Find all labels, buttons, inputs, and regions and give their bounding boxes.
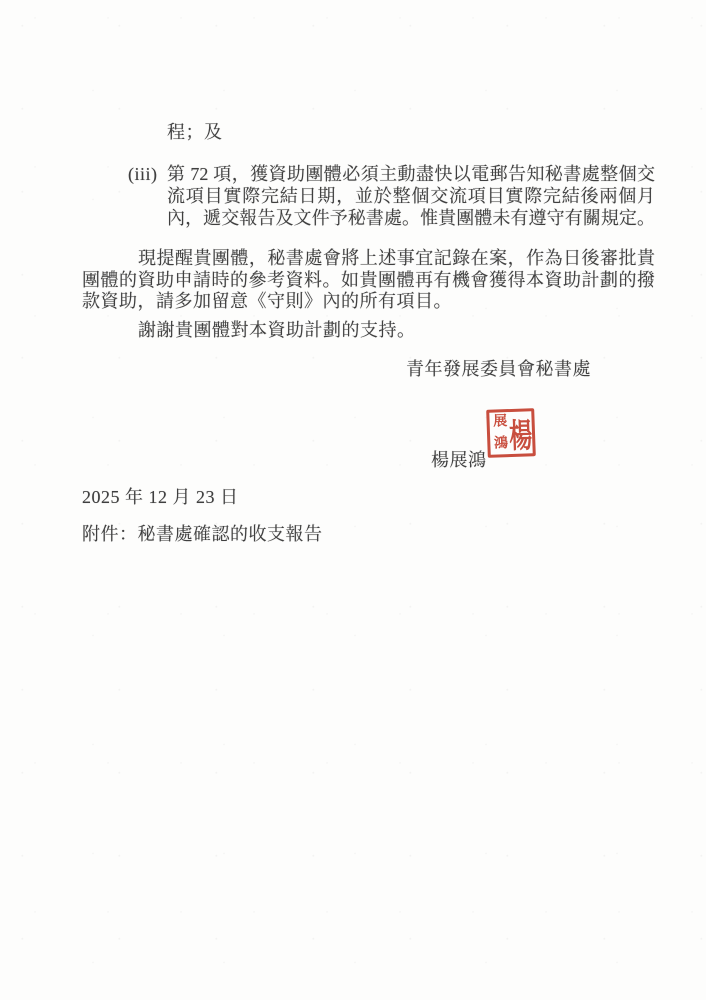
scanned-letter-page: 程；及 (iii) 第 72 項，獲資助團體必須主動盡快以電郵告知秘書處整個交 … [0, 0, 706, 1000]
thanks-line: 謝謝貴團體對本資助計劃的支持。 [138, 320, 416, 341]
list-item-iii-line-3: 內，遞交報告及文件予秘書處。惟貴團體未有遵守有關規定。 [167, 208, 655, 229]
seal-char-right: 楊 [509, 403, 532, 462]
list-item-iii-line-1: 第 72 項，獲資助團體必須主動盡快以電郵告知秘書處整個交 [167, 164, 655, 185]
seal-char-left-bottom: 鴻 [494, 437, 508, 451]
letter-date: 2025 年 12 月 23 日 [82, 487, 239, 508]
seal-char-left-top: 展 [493, 415, 507, 429]
signer-seal-stamp: 楊 展 鴻 [486, 408, 536, 458]
reminder-paragraph-line-1: 現提醒貴團體，秘書處會將上述事宜記錄在案，作為日後審批貴 [138, 248, 655, 269]
signature-organization: 青年發展委員會秘書處 [406, 359, 591, 380]
signer-name: 楊展鴻 [431, 450, 487, 471]
list-item-iii-marker: (iii) [128, 164, 158, 185]
reminder-paragraph-line-3: 款資助，請多加留意《守則》內的所有項目。 [82, 291, 452, 312]
list-item-ii-continuation: 程；及 [167, 122, 223, 143]
reminder-paragraph-line-2: 團體的資助申請時的參考資料。如貴團體再有機會獲得本資助計劃的撥 [82, 270, 655, 291]
attachment-note: 附件：秘書處確認的收支報告 [82, 524, 323, 545]
list-item-iii-line-2: 流項目實際完結日期，並於整個交流項目實際完結後兩個月 [167, 186, 655, 207]
